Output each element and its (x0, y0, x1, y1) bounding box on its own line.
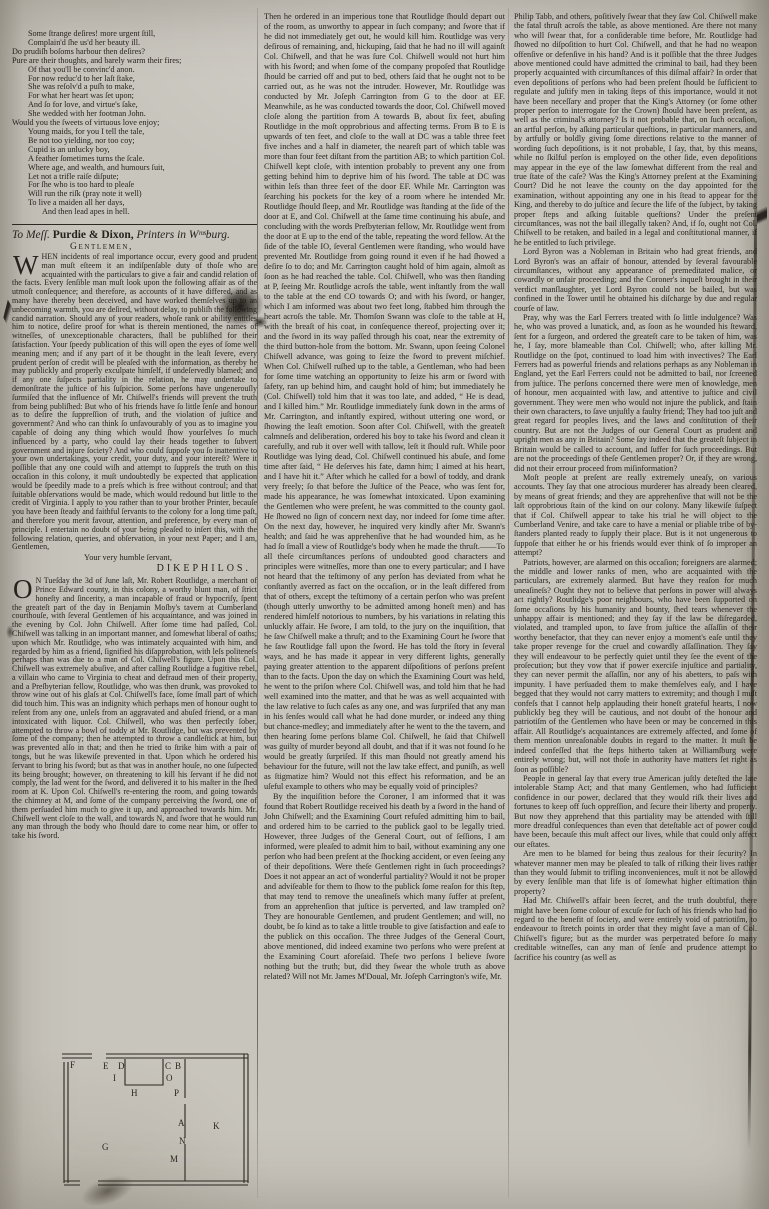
diagram-label: I (113, 1073, 116, 1083)
paragraph: People in general ſay that every true Am… (514, 774, 757, 849)
valediction: Your very humble ſervant, (12, 553, 257, 563)
diagram-label: H (131, 1088, 138, 1098)
letter-heading: To Meſſ. Purdie & Dixon, Printers in Wᵐˢ… (12, 229, 257, 242)
paragraph: Are men to be blamed for being thus zeal… (514, 849, 757, 896)
letter-body: WHEN incidents of real importance occur,… (12, 253, 257, 552)
diagram-label: A (178, 1118, 185, 1128)
poem-line: And then lead apes in hell. (12, 208, 257, 217)
newspaper-page: Some ſtrange deſires! more urgent ſtill,… (0, 0, 769, 1209)
paragraph: Had Mr. Chiſwell's affair been ſecret, a… (514, 896, 757, 962)
signature: DIKEPHILOS. (12, 563, 257, 575)
diagram-label: K (213, 1121, 220, 1131)
right-column: Philip Tabb, and others, poſitively ſwea… (514, 12, 757, 1202)
paragraph: By the inquiſition before the Coroner, I… (264, 792, 505, 982)
poem: Some ſtrange deſires! more urgent ſtill,… (12, 30, 257, 217)
left-column: Some ſtrange deſires! more urgent ſtill,… (12, 0, 257, 1045)
diagram-label: G (102, 1142, 109, 1152)
diagram-label: P (174, 1088, 179, 1098)
section-rule (12, 224, 257, 225)
paragraph: Moſt people at preſent are really extrem… (514, 473, 757, 558)
paragraph: Pray, why was the Earl Ferrers treated w… (514, 313, 757, 473)
column-rule-left (257, 8, 258, 1198)
heading-printers-location: Printers in Wᵐˢburg. (137, 229, 230, 241)
paragraph: Patriots, however, are alarmed on this o… (514, 558, 757, 774)
diagram-label: O (166, 1073, 173, 1083)
diagram-label: M (170, 1154, 178, 1164)
paragraph: Philip Tabb, and others, poſitively ſwea… (514, 12, 757, 247)
column-rule-right (508, 8, 509, 1198)
heading-printer-names: Purdie & Dixon, (50, 229, 137, 241)
floor-plan-diagram: FEDCBIOHPAKNMG (58, 1048, 253, 1196)
middle-column: Then he ordered in an imperious tone tha… (264, 12, 505, 1192)
heading-to: To Meſſ. (12, 229, 50, 241)
diagram-label: F (70, 1060, 75, 1070)
edge-ink-mark (757, 200, 767, 230)
diagram-walls (58, 1048, 253, 1196)
diagram-label: D (118, 1061, 125, 1071)
diagram-label: E (103, 1061, 109, 1071)
diagram-label: N (179, 1136, 186, 1146)
narrative: ON Tueſday the 3d of June laſt, Mr. Robe… (12, 577, 257, 841)
paragraph: Then he ordered in an imperious tone tha… (264, 12, 505, 792)
paragraph: Lord Byron was a Nobleman in Britain who… (514, 247, 757, 313)
diagram-label: C (165, 1061, 171, 1071)
diagram-label: B (175, 1061, 181, 1071)
